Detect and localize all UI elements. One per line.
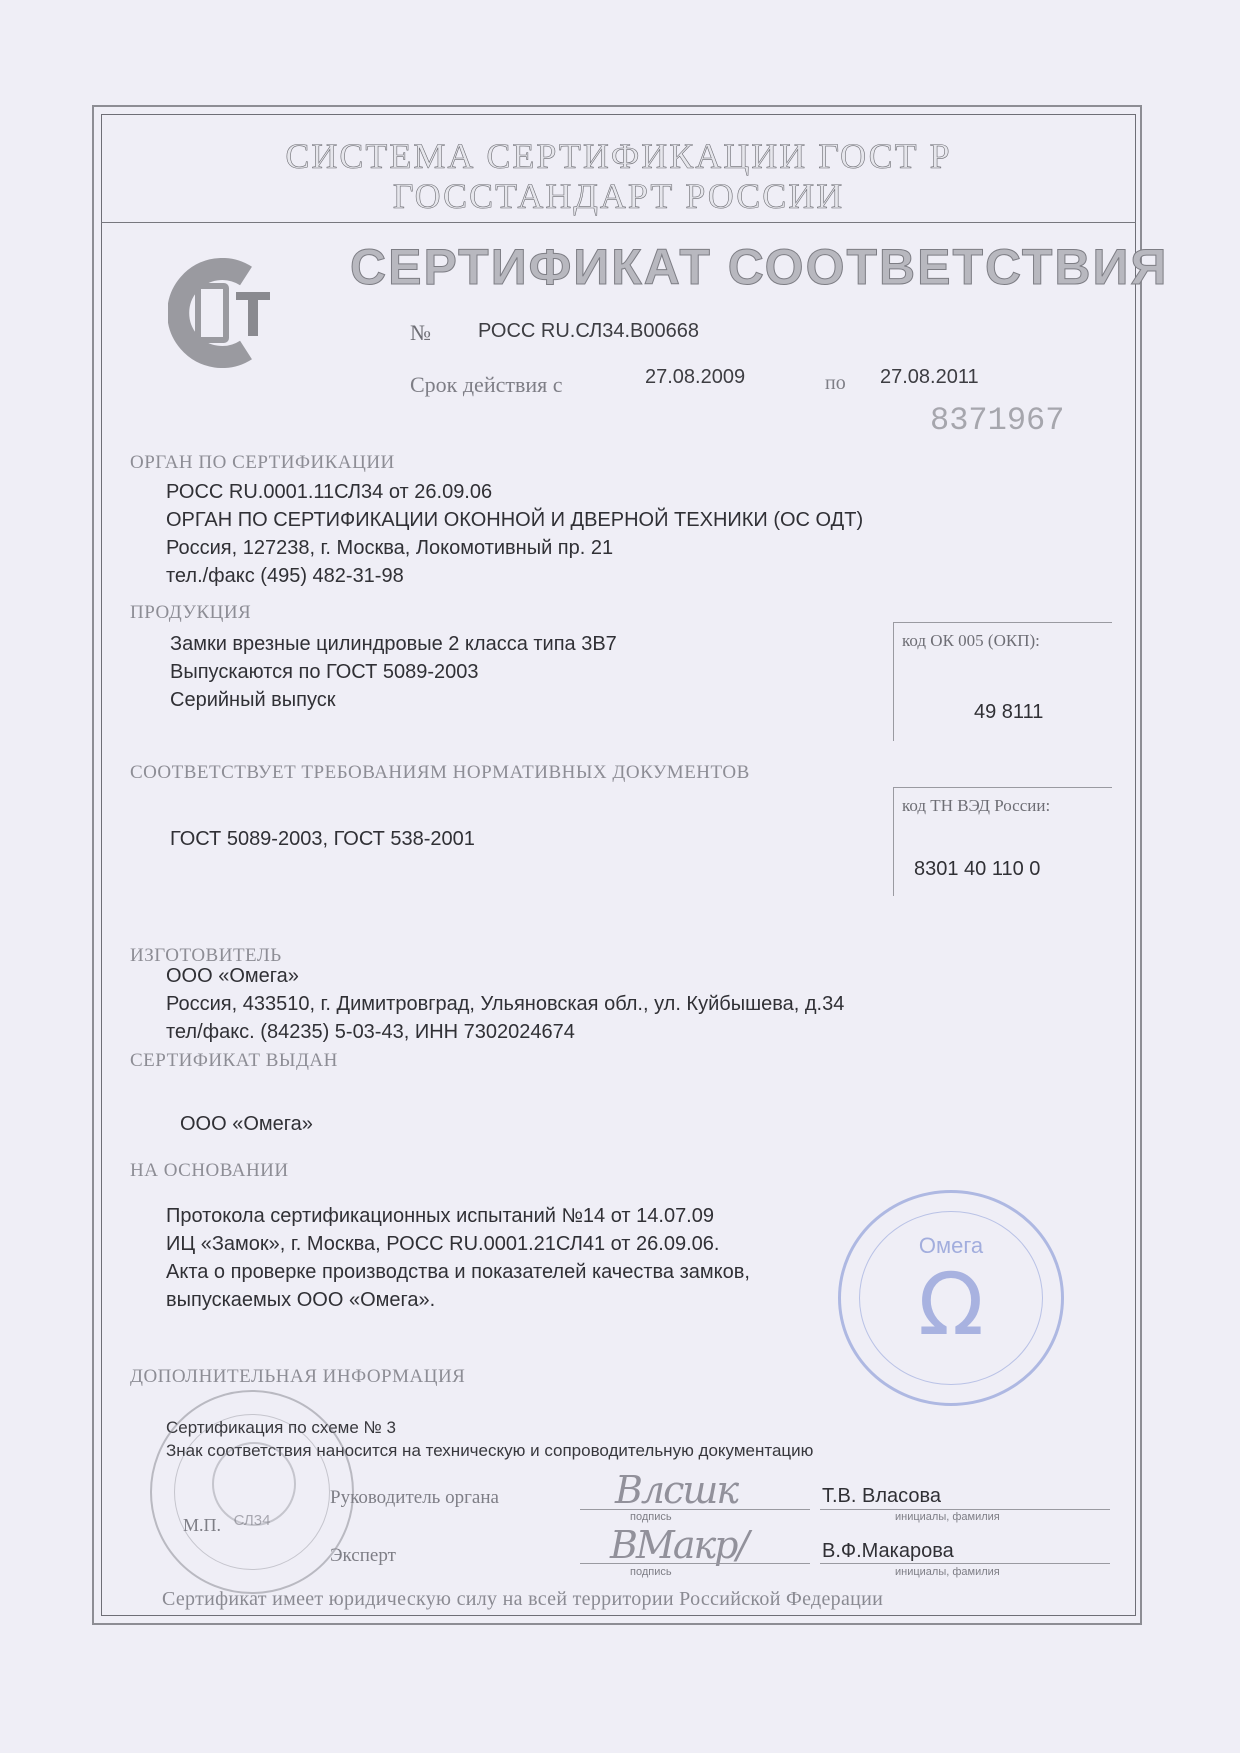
- tnved-code-value: 8301 40 110 0: [914, 858, 1040, 881]
- valid-to-date: 27.08.2011: [880, 366, 979, 389]
- okp-code-value: 49 8111: [974, 701, 1043, 724]
- certification-body-phone: тел./факс (495) 482-31-98: [166, 562, 404, 590]
- head-name-caption: инициалы, фамилия: [895, 1511, 1000, 1523]
- certification-body-label: ОРГАН ПО СЕРТИФИКАЦИИ: [130, 452, 395, 474]
- basis-test-center: ИЦ «Замок», г. Москва, РОСС RU.0001.21СЛ…: [166, 1230, 719, 1258]
- expert-signature-caption: подпись: [630, 1566, 672, 1578]
- product-label: ПРОДУКЦИЯ: [130, 602, 251, 624]
- tnved-code-label: код ТН ВЭД России:: [902, 796, 1050, 816]
- okp-code-label: код ОК 005 (ОКП):: [902, 631, 1040, 651]
- certificate-title: СЕРТИФИКАТ СООТВЕТСТВИЯ: [350, 238, 1168, 296]
- expert-name: В.Ф.Макарова: [822, 1540, 954, 1563]
- certificate-number: РОСС RU.СЛ34.В00668: [478, 320, 699, 343]
- blank-serial-number: 8371967: [930, 402, 1064, 439]
- legal-validity-note: Сертификат имеет юридическую силу на все…: [162, 1588, 883, 1611]
- certification-body-accreditation: РОСС RU.0001.11СЛ34 от 26.09.06: [166, 478, 492, 506]
- pct-logo-icon: [168, 258, 278, 368]
- company-seal-stamp: Омега Ω: [838, 1190, 1064, 1406]
- omega-icon: Ω: [841, 1255, 1061, 1355]
- additional-info-label: ДОПОЛНИТЕЛЬНАЯ ИНФОРМАЦИЯ: [130, 1366, 465, 1388]
- compliance-documents: ГОСТ 5089-2003, ГОСТ 538-2001: [170, 825, 475, 853]
- expert-label: Эксперт: [330, 1545, 396, 1567]
- basis-inspection-act-cont: выпускаемых ООО «Омега».: [166, 1286, 435, 1314]
- product-description: Замки врезные цилиндровые 2 класса типа …: [170, 630, 617, 658]
- head-of-body-label: Руководитель органа: [330, 1487, 499, 1509]
- system-title-line1: СИСТЕМА СЕРТИФИКАЦИИ ГОСТ Р: [101, 135, 1136, 177]
- certification-body-address: Россия, 127238, г. Москва, Локомотивный …: [166, 534, 613, 562]
- head-signature: Влсшк: [615, 1468, 737, 1512]
- expert-name-caption: инициалы, фамилия: [895, 1566, 1000, 1578]
- seal-code: СЛ34: [152, 1512, 352, 1529]
- certification-body-seal-stamp: СЛ34: [150, 1390, 354, 1594]
- manufacturer-name: ООО «Омега»: [166, 962, 299, 990]
- system-title-line2: ГОССТАНДАРТ РОССИИ: [101, 175, 1136, 217]
- valid-from-date: 27.08.2009: [645, 366, 745, 389]
- manufacturer-address: Россия, 433510, г. Димитровград, Ульянов…: [166, 990, 844, 1018]
- compliance-label: СООТВЕТСТВУЕТ ТРЕБОВАНИЯМ НОРМАТИВНЫХ ДО…: [130, 762, 750, 784]
- issued-to-label: СЕРТИФИКАТ ВЫДАН: [130, 1050, 338, 1072]
- valid-to-label: по: [825, 372, 846, 395]
- product-standard: Выпускаются по ГОСТ 5089-2003: [170, 658, 479, 686]
- expert-signature: ВМакр/: [610, 1523, 747, 1567]
- issued-to-value: ООО «Омега»: [180, 1110, 313, 1138]
- basis-label: НА ОСНОВАНИИ: [130, 1160, 289, 1182]
- basis-inspection-act: Акта о проверке производства и показател…: [166, 1258, 750, 1286]
- head-signature-caption: подпись: [630, 1511, 672, 1523]
- validity-label: Срок действия с: [410, 372, 563, 398]
- manufacturer-contacts: тел/факс. (84235) 5-03-43, ИНН 730202467…: [166, 1018, 575, 1046]
- basis-protocol: Протокола сертификационных испытаний №14…: [166, 1202, 714, 1230]
- tnved-code-box: код ТН ВЭД России: 8301 40 110 0: [893, 787, 1112, 896]
- certification-body-name: ОРГАН ПО СЕРТИФИКАЦИИ ОКОННОЙ И ДВЕРНОЙ …: [166, 506, 863, 534]
- okp-code-box: код ОК 005 (ОКП): 49 8111: [893, 622, 1112, 741]
- seal-placeholder-label: М.П.: [183, 1515, 221, 1536]
- number-label: №: [410, 320, 431, 346]
- header-divider: [101, 222, 1136, 223]
- head-name: Т.В. Власова: [822, 1485, 941, 1508]
- product-production-type: Серийный выпуск: [170, 686, 336, 714]
